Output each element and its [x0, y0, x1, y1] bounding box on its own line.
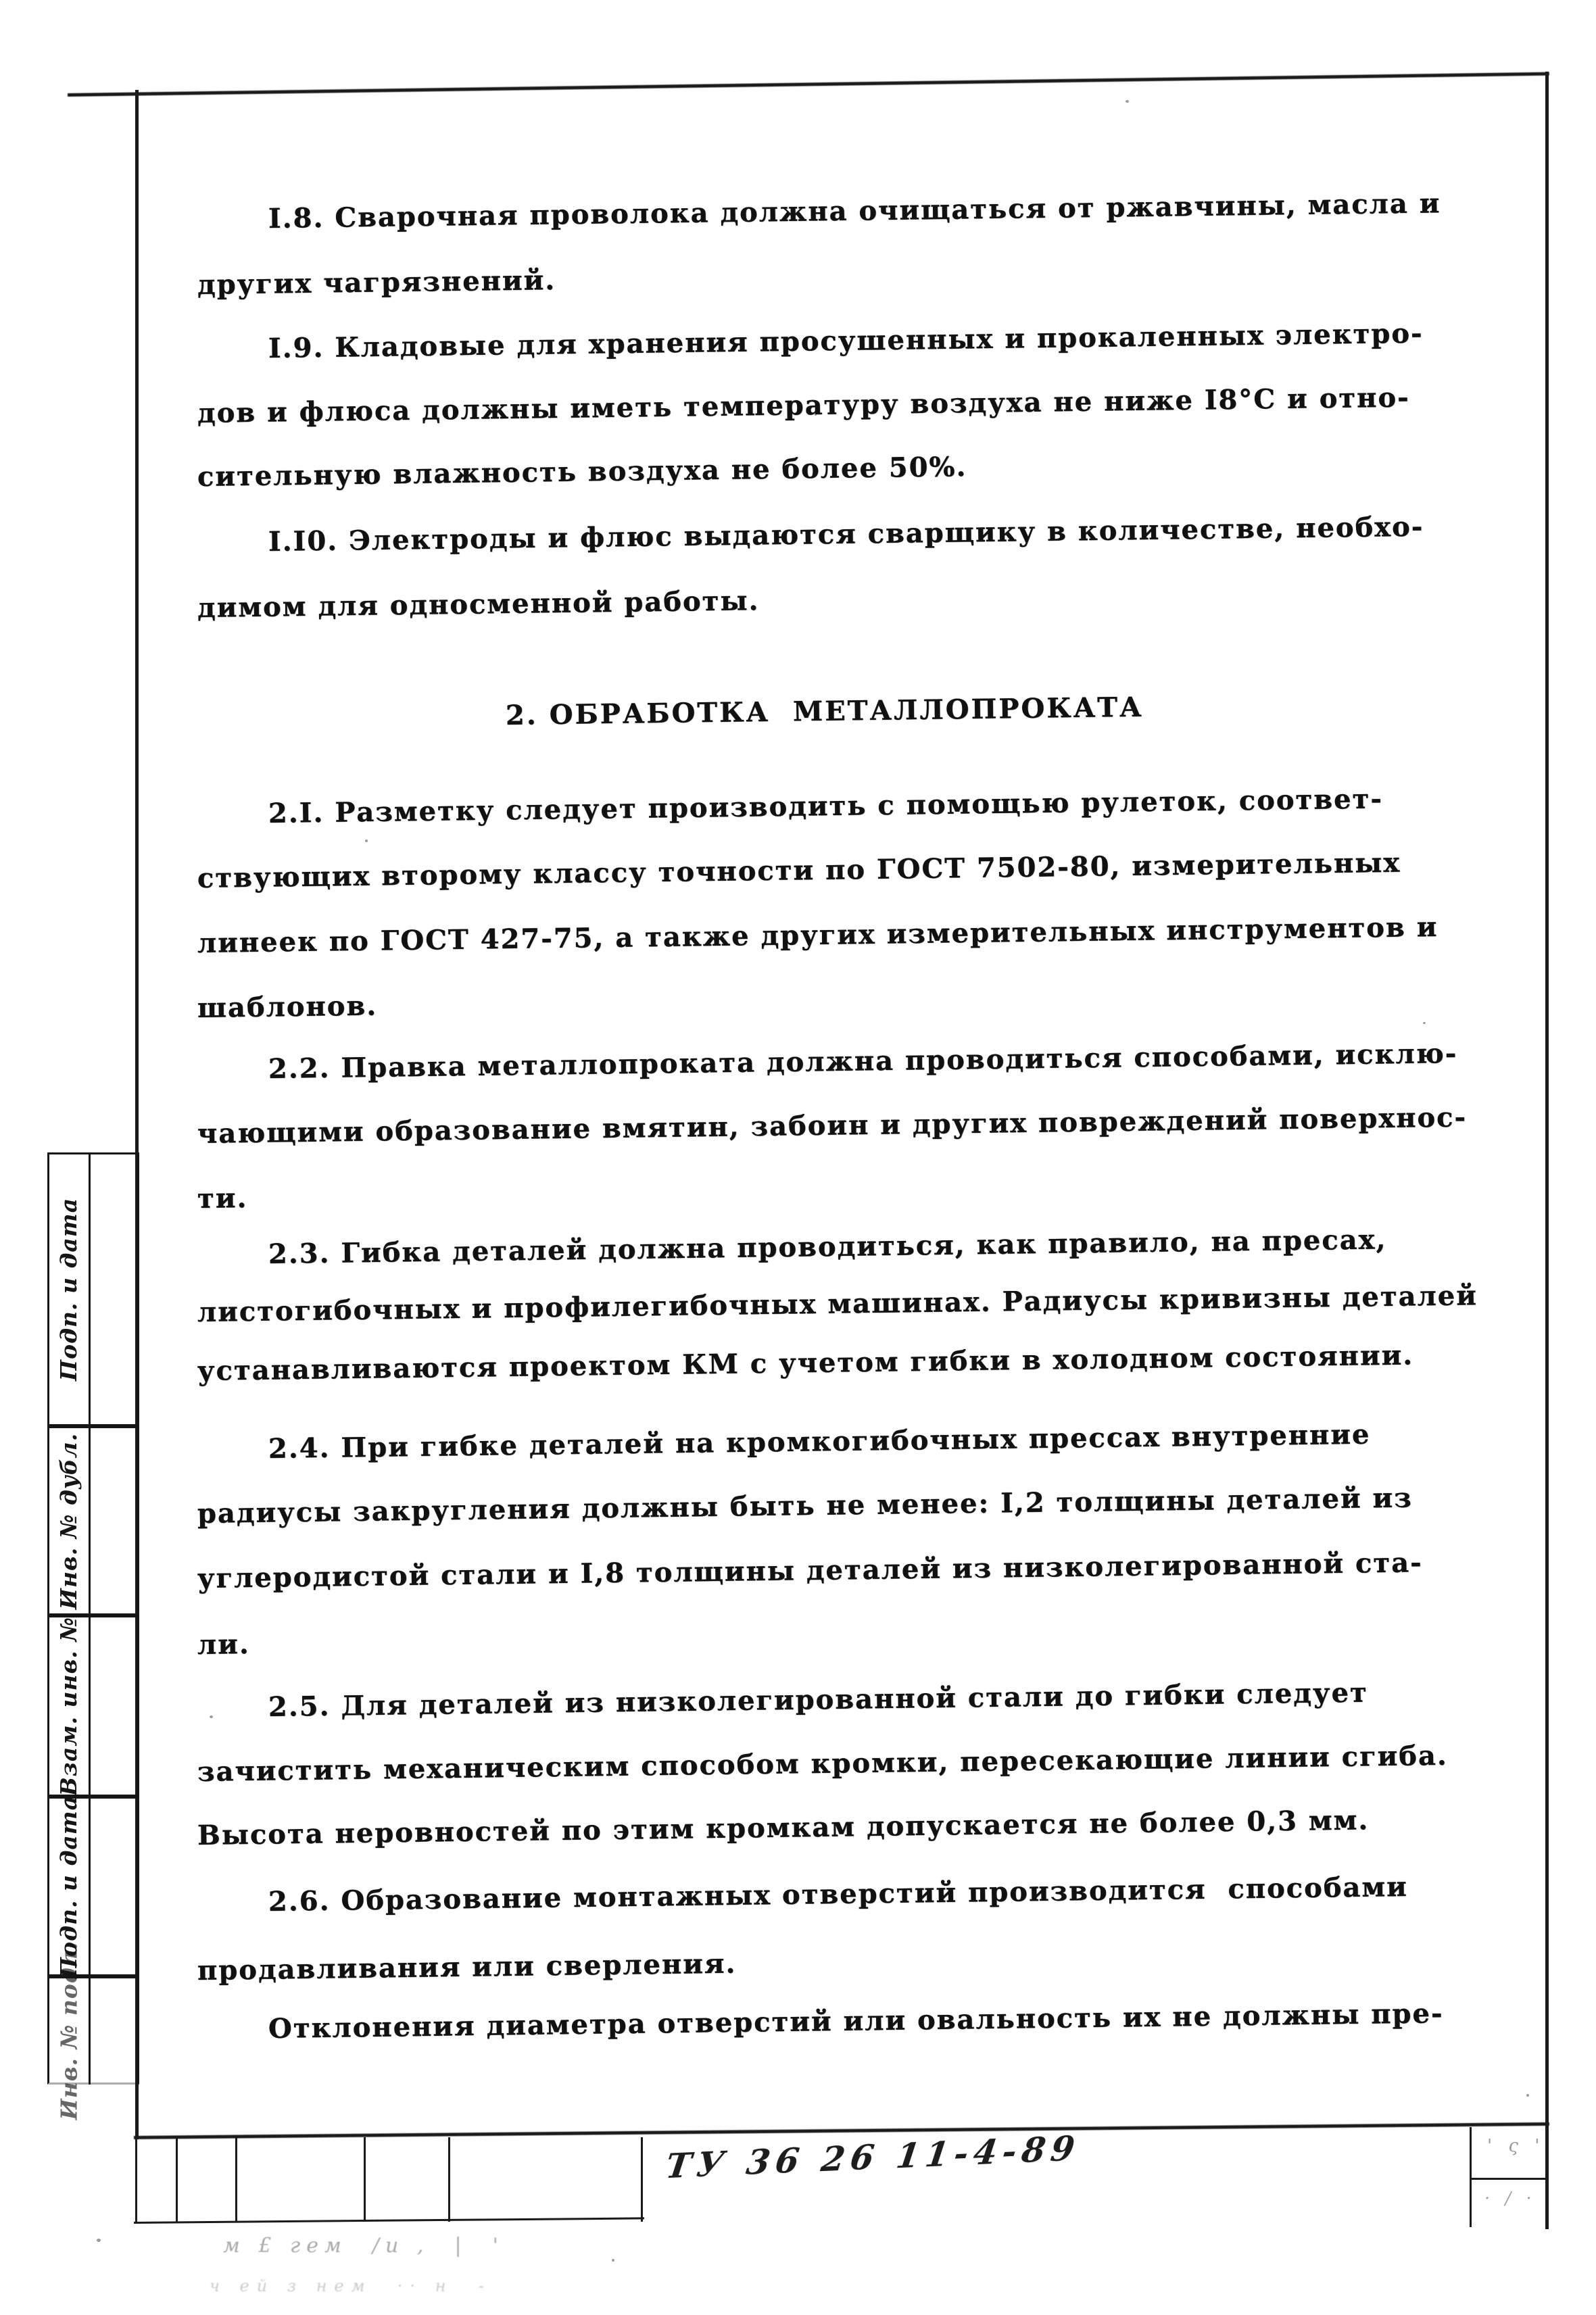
text-line: чающими образование вмятин, забоин и дру…	[197, 1101, 1468, 1150]
text-line: ти.	[197, 1182, 248, 1215]
text-line: ствующих второму классу точности по ГОСТ…	[197, 847, 1401, 895]
scan-speck	[1126, 100, 1129, 103]
text-line: 2.5. Для деталей из низколегированной ст…	[268, 1677, 1368, 1724]
title-block-divider	[235, 2137, 237, 2222]
text-line: линеек по ГОСТ 427-75, а также других из…	[197, 911, 1438, 960]
title-block-divider	[176, 2137, 178, 2222]
title-block-row-line	[134, 2217, 644, 2224]
title-block-divider	[448, 2137, 450, 2222]
sheet-box-top-marks: ' ς '	[1487, 2136, 1545, 2156]
text-line: ли.	[197, 1628, 250, 1661]
text-line: 2.4. При гибке деталей на кромкогибочных…	[268, 1419, 1371, 1465]
stamp-label-text: Инв. № дубл.	[56, 1432, 82, 1609]
scanned-page: I.8. Сварочная проволока должна очищатьс…	[0, 0, 1596, 2315]
frame-right-line	[1545, 72, 1549, 2229]
title-block-divider	[641, 2137, 643, 2222]
stamp-label-inv-no-dubl: Инв. № дубл.	[47, 1426, 91, 1615]
scan-speck	[365, 839, 368, 842]
text-line: 2.I. Разметку следует производить с помо…	[268, 783, 1384, 830]
scan-speck	[1526, 2094, 1529, 2097]
frame-bottom-line	[134, 2122, 1549, 2139]
stamp-label-text: Инв. № подл.	[56, 1941, 82, 2120]
document-number-handwritten: ТУ 36 26 11-4-89	[663, 2128, 1082, 2186]
text-line: Высота неровностей по этим кромкам допус…	[197, 1804, 1370, 1852]
text-line: I.9. Кладовые для хранения просушенных и…	[268, 318, 1424, 365]
scan-speck	[210, 1715, 213, 1718]
stamp-label-vzam-inv-no: Взам. инв. №	[47, 1615, 91, 1797]
text-line: устанавливаются проектом КМ с учетом гиб…	[197, 1339, 1414, 1388]
text-line: шаблонов.	[197, 990, 378, 1025]
text-line: листогибочных и профилегибочных машинах.…	[197, 1280, 1478, 1329]
text-line: I.8. Сварочная проволока должна очищатьс…	[268, 187, 1441, 235]
scan-speck	[612, 2259, 614, 2262]
title-block-divider	[135, 2137, 137, 2222]
sheet-box-left-line	[1470, 2127, 1472, 2227]
text-line: I.I0. Электроды и флюс выдаются сварщику…	[268, 511, 1424, 558]
title-block-divider	[364, 2137, 366, 2222]
stamp-label-inv-no-podl: Инв. № подл.	[47, 1976, 91, 2085]
text-line: дов и флюса должны иметь температуру воз…	[197, 382, 1410, 430]
scan-speck	[1423, 1022, 1426, 1024]
text-line: зачистить механическим способом кромки, …	[197, 1740, 1448, 1788]
text-line: углеродистой стали и I,8 толщины деталей…	[197, 1546, 1423, 1595]
stamp-label-text: Взам. инв. №	[56, 1616, 82, 1795]
text-line: 2.2. Правка металлопроката должна провод…	[268, 1038, 1458, 1086]
stamp-label-text: Подп. и дата	[56, 1198, 82, 1381]
scan-speck	[97, 2239, 101, 2242]
revision-row-handwriting: м £ гем /и , | '	[223, 2234, 504, 2258]
text-line: 2.6. Образование монтажных отверстий про…	[268, 1871, 1408, 1918]
text-line: 2.3. Гибка деталей должна проводиться, к…	[268, 1223, 1387, 1271]
frame-top-line	[68, 72, 1549, 97]
text-line: димом для односменной работы.	[197, 585, 760, 625]
text-line: сительную влажность воздуха не более 50%…	[197, 451, 967, 493]
text-line: продавливания или сверления.	[197, 1948, 737, 1987]
section-heading: 2. ОБРАБОТКА МЕТАЛЛОПРОКАТА	[506, 691, 1144, 732]
text-line: радиусы закругления должны быть не менее…	[197, 1482, 1413, 1530]
scan-speck	[815, 414, 817, 416]
text-line: Отклонения диаметра отверстий или овальн…	[268, 1997, 1444, 2045]
stamp-label-podp-i-data: Подп. и дата	[47, 1152, 91, 1426]
sheet-box-bottom-marks: · / ·	[1484, 2189, 1537, 2209]
revision-row-handwriting-faded: ч ей з нем ·· н -	[210, 2276, 491, 2295]
sheet-box-mid-line	[1470, 2178, 1548, 2180]
text-line: других чагрязнений.	[197, 264, 556, 301]
